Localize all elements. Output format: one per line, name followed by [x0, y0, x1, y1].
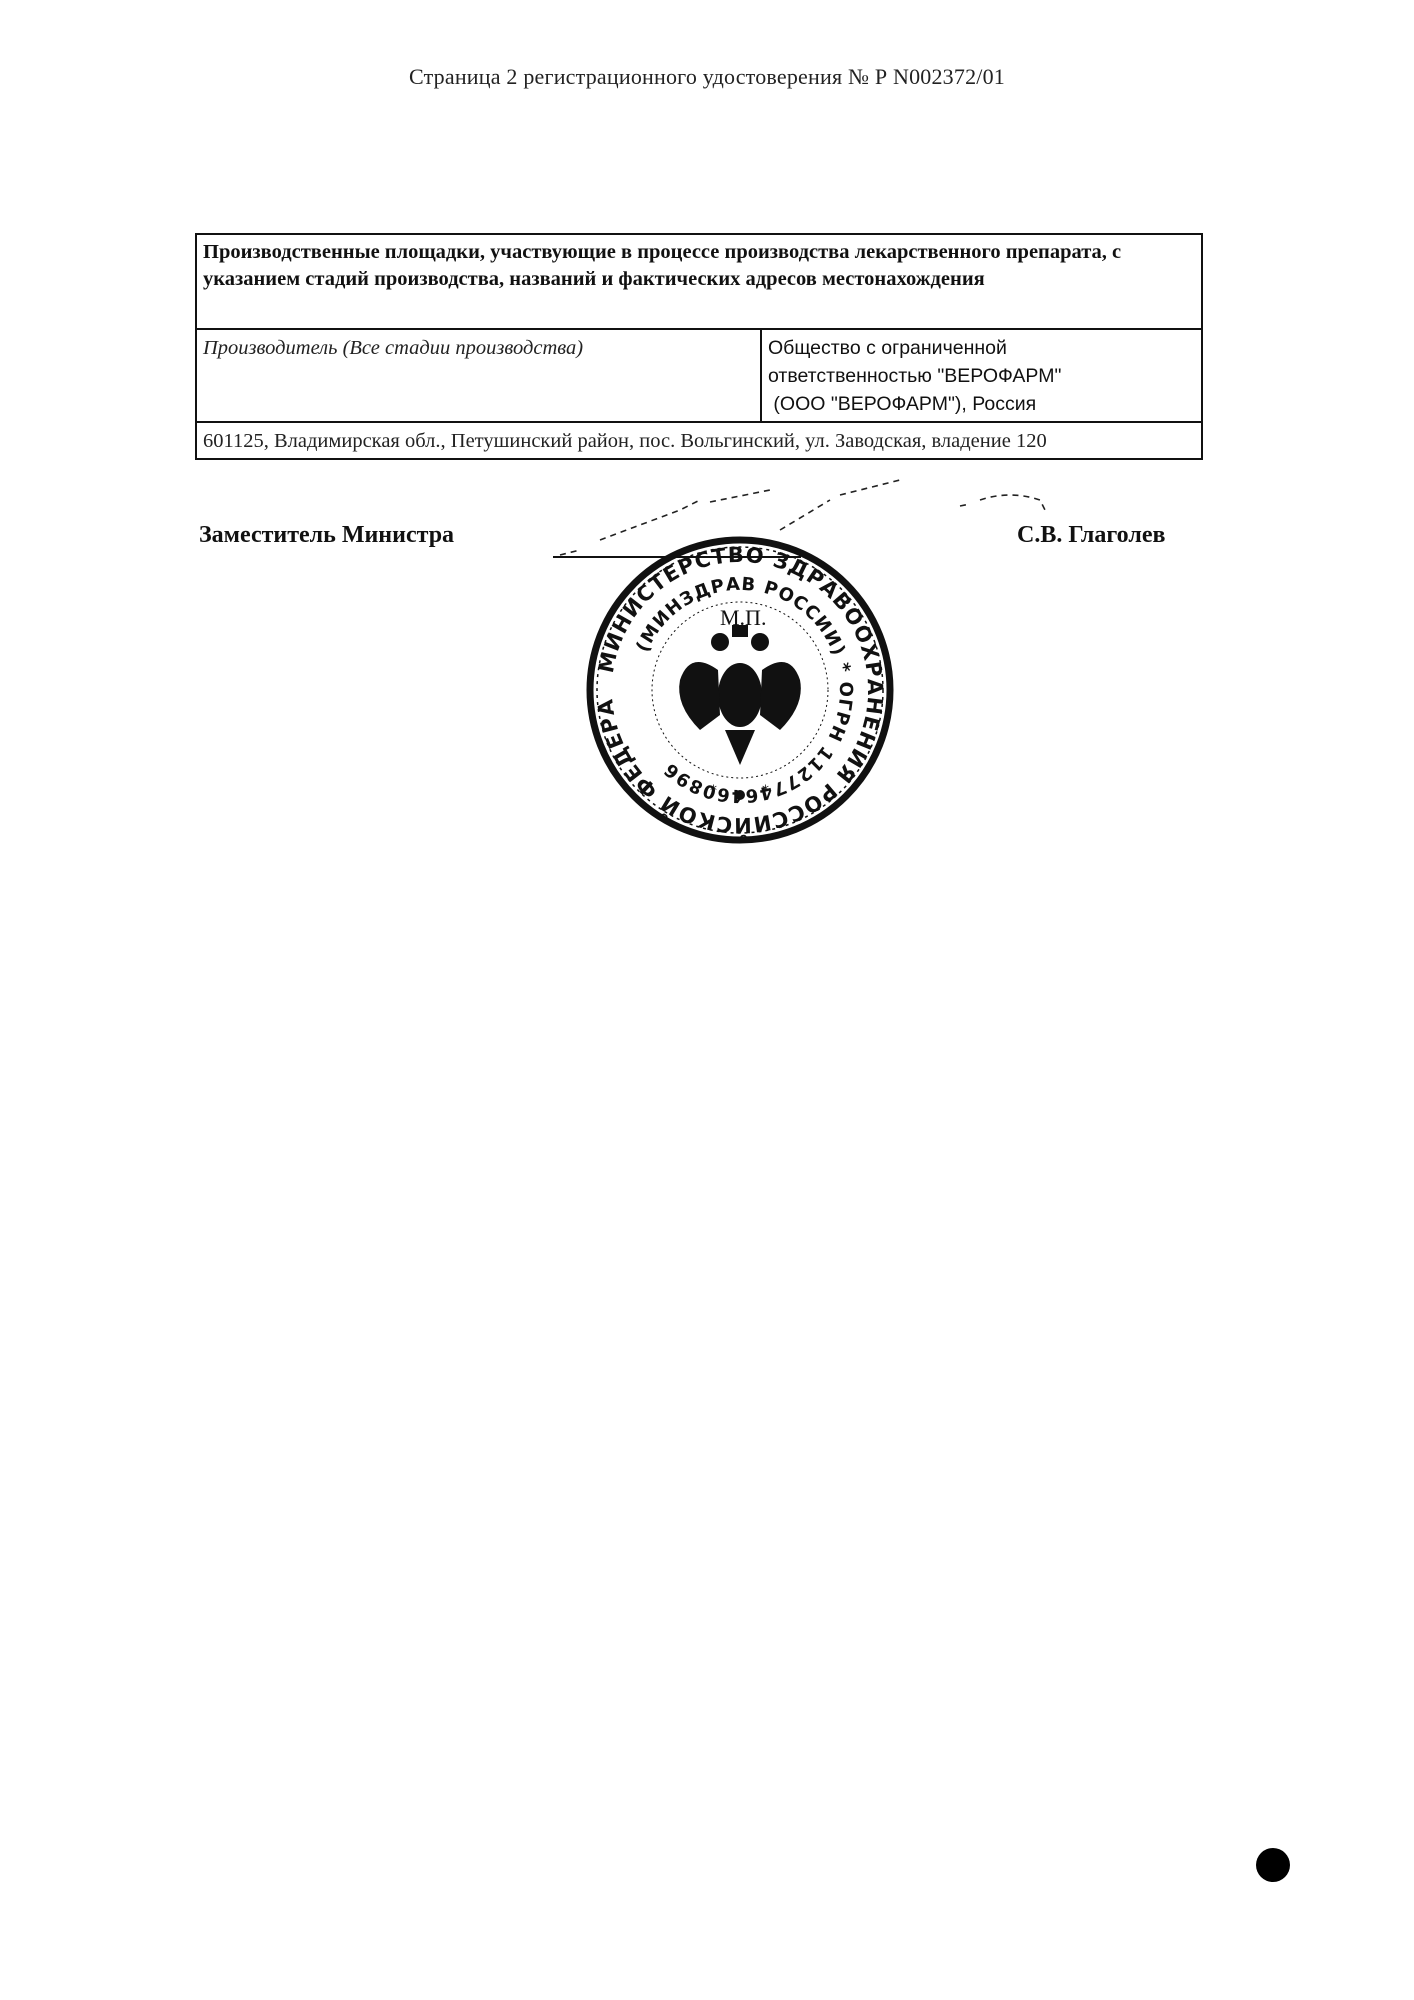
signatory-title: Заместитель Министра	[199, 522, 454, 549]
page-caption: Страница 2 регистрационного удостоверени…	[0, 64, 1414, 90]
production-sites-table: Производственные площадки, участвующие в…	[195, 233, 1203, 460]
organization-line: ответственностью "ВЕРОФАРМ"	[768, 362, 1195, 390]
organization-line: Общество с ограниченной	[768, 334, 1195, 362]
double-headed-eagle-icon: * *	[679, 625, 801, 800]
manufacturer-role: Производитель (Все стадии производства)	[196, 329, 761, 422]
address-row: 601125, Владимирская обл., Петушинский р…	[196, 422, 1202, 459]
site-address: 601125, Владимирская обл., Петушинский р…	[196, 422, 1202, 459]
manufacturer-organization: Общество с ограниченной ответственностью…	[761, 329, 1202, 422]
stamp-center-mark: М.П.	[720, 605, 766, 630]
table-heading: Производственные площадки, участвующие в…	[196, 234, 1202, 329]
official-stamp: МИНИСТЕРСТВО ЗДРАВООХРАНЕНИЯ РОССИЙСКОЙ …	[580, 530, 900, 850]
organization-line: (ООО "ВЕРОФАРМ"), Россия	[768, 390, 1195, 418]
page-marker-dot	[1256, 1848, 1290, 1882]
table-row: Производитель (Все стадии производства) …	[196, 329, 1202, 422]
svg-text:*: *	[762, 783, 769, 799]
table-heading-row: Производственные площадки, участвующие в…	[196, 234, 1202, 329]
svg-text:*: *	[710, 783, 717, 799]
